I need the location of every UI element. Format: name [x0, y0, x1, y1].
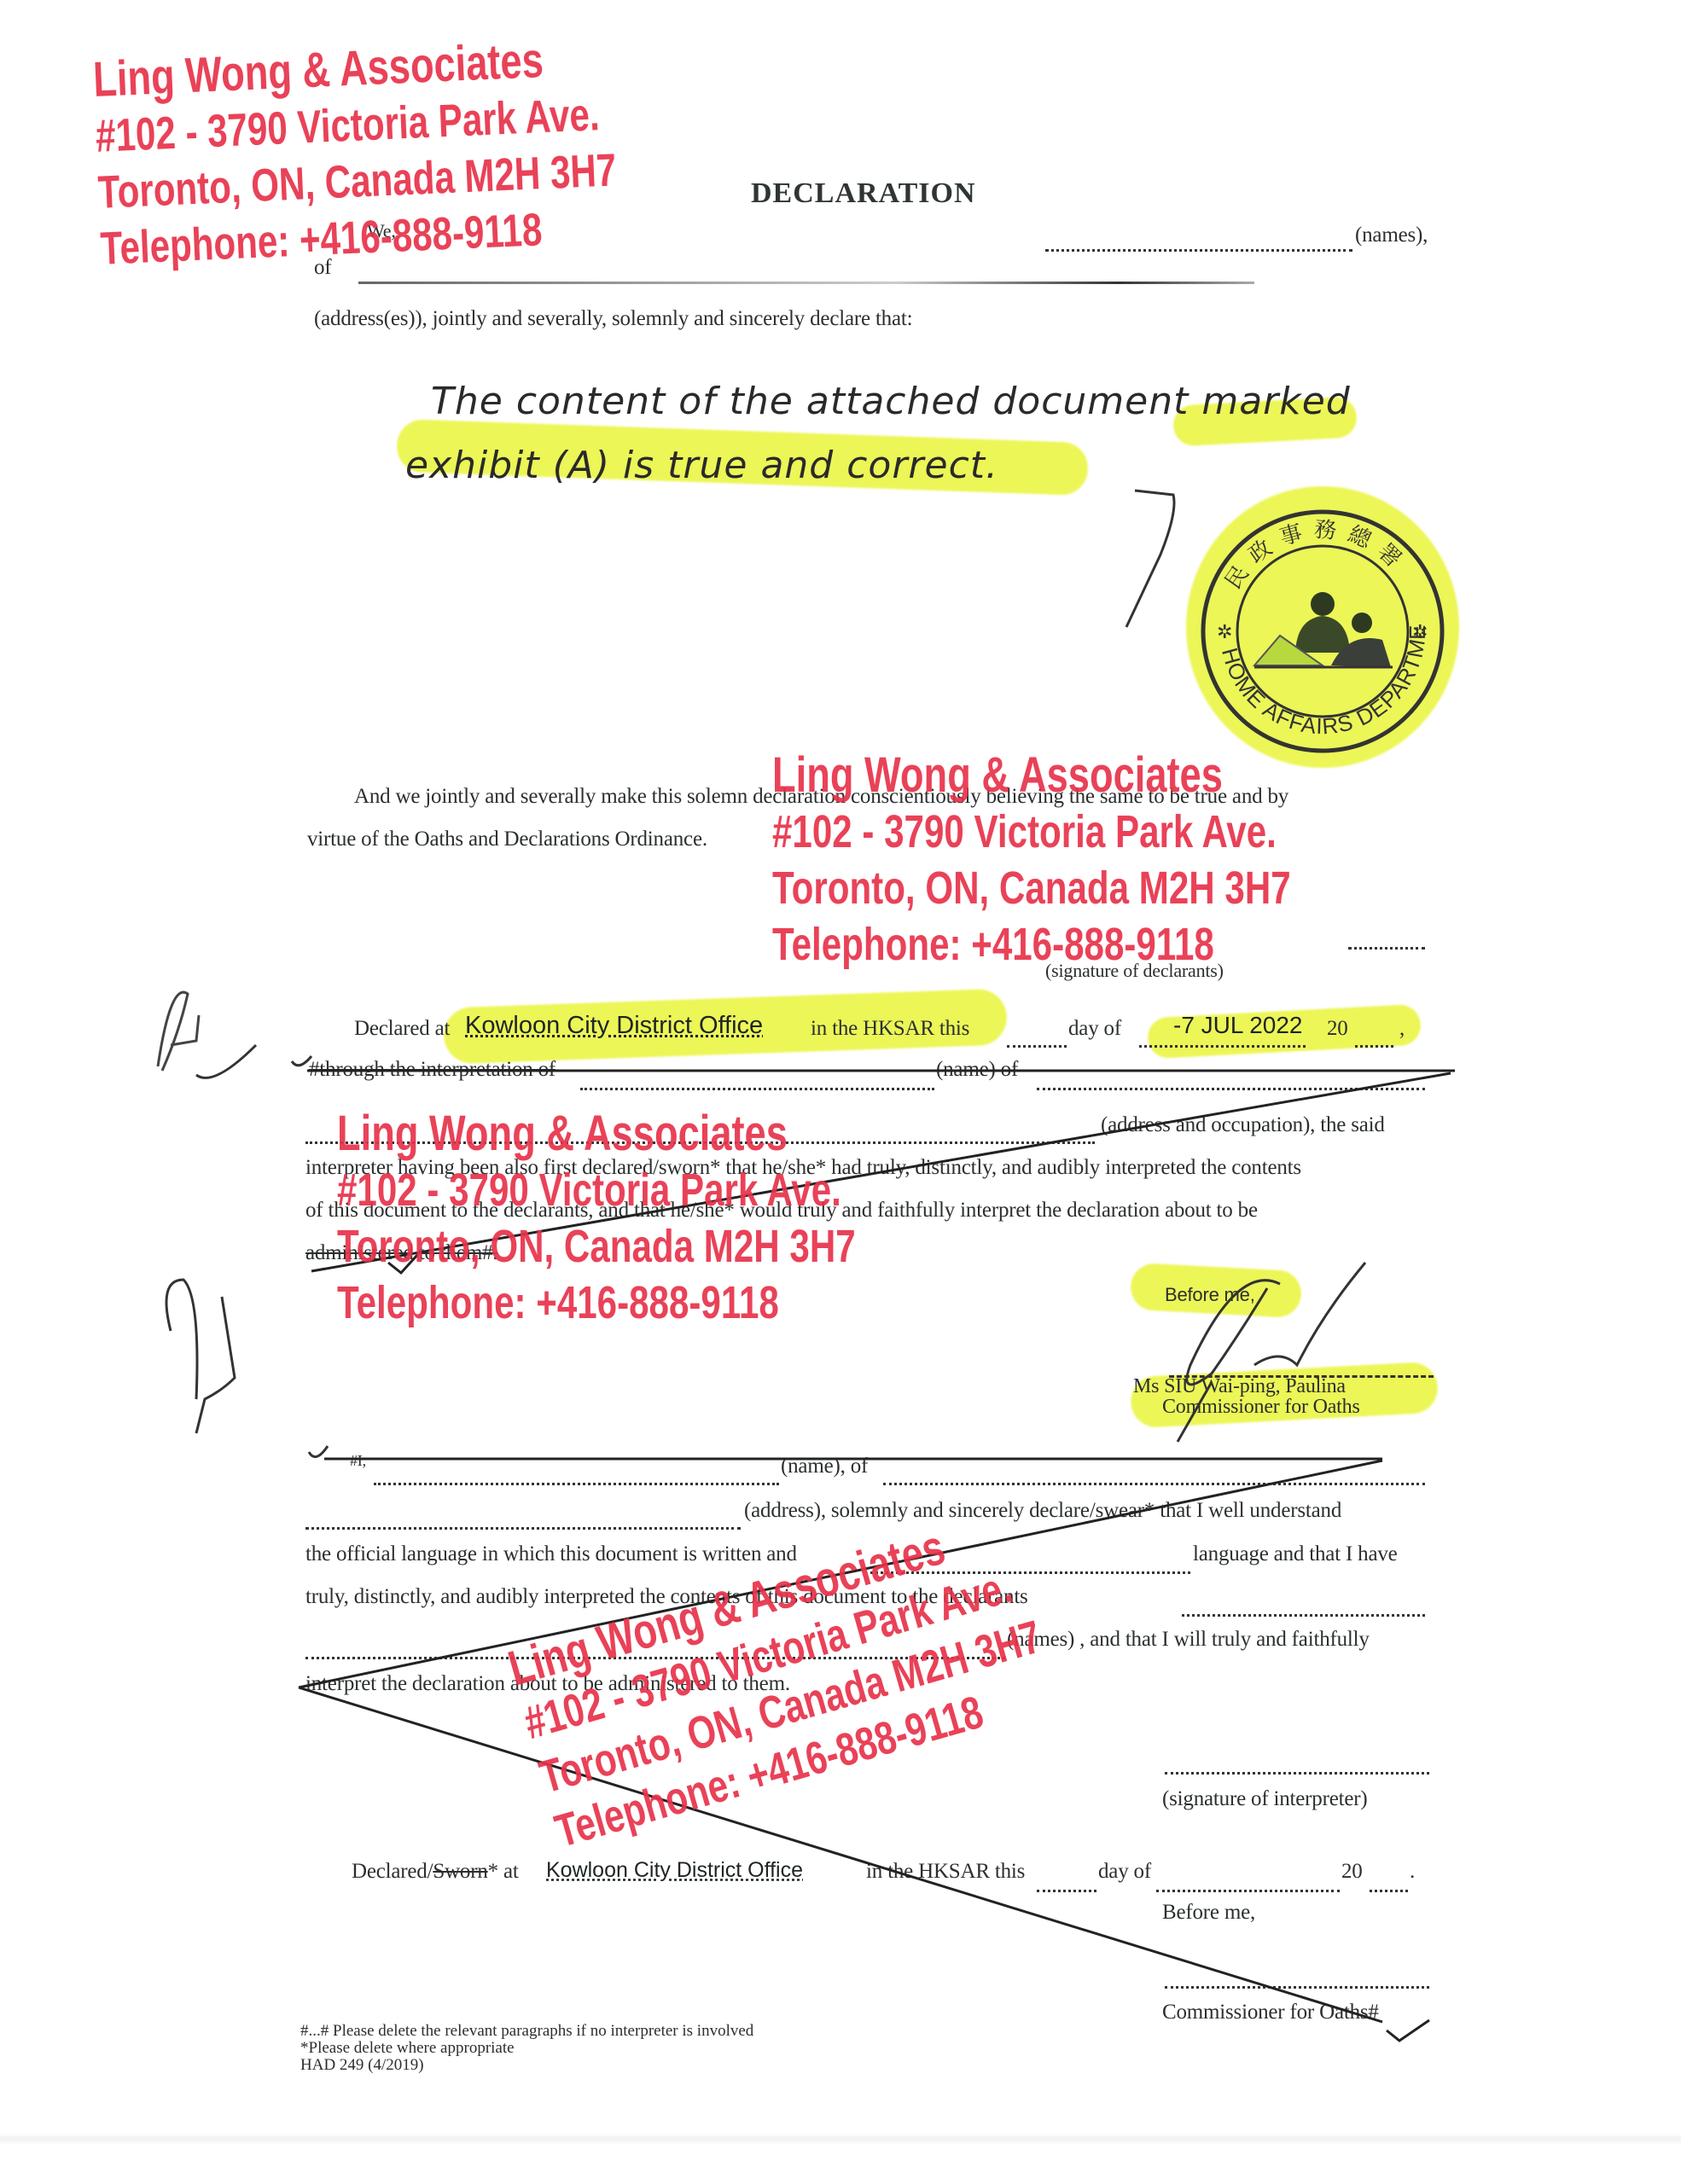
- interpreter-line-3a: the official language in which this docu…: [305, 1542, 797, 1566]
- interpreter-signature-label: (signature of interpreter): [1162, 1787, 1368, 1811]
- document-title: DECLARATION: [751, 177, 976, 210]
- interpreter-of-field[interactable]: [1037, 1079, 1425, 1095]
- footnote-2: *Please delete where appropriate: [300, 2039, 515, 2058]
- second-declared-suffix: .: [1410, 1860, 1415, 1884]
- home-affairs-seal: 民政事務總署 HOME AFFAIRS DEPARTMENT ✲ ✲: [1195, 503, 1451, 759]
- day-of-label: day of: [1068, 1017, 1121, 1041]
- stamp-name: Ling Wong & Associates: [337, 1109, 856, 1159]
- at-word: * at: [488, 1860, 519, 1883]
- initials-2-icon: [166, 1280, 235, 1433]
- company-stamp-2: Ling Wong & Associates #102 - 3790 Victo…: [772, 751, 1437, 978]
- interpreter-line-1a: #I,: [350, 1452, 366, 1470]
- second-declared-place[interactable]: Kowloon City District Office: [546, 1858, 803, 1883]
- checkmark-3-icon: [309, 1446, 328, 1457]
- footnote-form-code: HAD 249 (4/2019): [300, 2056, 424, 2075]
- interpreter-i-of-field[interactable]: [883, 1474, 1425, 1490]
- second-commissioner-signature-field[interactable]: [1165, 1978, 1429, 1993]
- checkmark-5-icon: [1387, 2020, 1429, 2041]
- footnote-1: #...# Please delete the relevant paragra…: [300, 2022, 753, 2041]
- interpreter-i-name-field[interactable]: [374, 1474, 779, 1490]
- svg-text:✲: ✲: [1412, 621, 1428, 642]
- before-me-label: Before me,: [1165, 1284, 1255, 1306]
- interpreter-signature-field[interactable]: [1165, 1763, 1429, 1779]
- handwritten-statement-line-2: exhibit (A) is true and correct.: [405, 444, 998, 487]
- commissioner-title: Commissioner for Oaths: [1162, 1396, 1360, 1419]
- year-field[interactable]: [1355, 1037, 1393, 1052]
- bracket-stroke: [1126, 491, 1174, 627]
- address-field[interactable]: [358, 282, 1254, 284]
- names-field[interactable]: [1045, 241, 1352, 256]
- checkmark-1-icon: [196, 1045, 256, 1077]
- address-label: (address(es)), jointly and severally, so…: [314, 307, 912, 331]
- names-label: (names),: [1355, 224, 1428, 247]
- second-day-field[interactable]: [1037, 1881, 1096, 1896]
- interpreter-name-field[interactable]: [580, 1079, 934, 1095]
- declared-at-place[interactable]: Kowloon City District Office: [465, 1012, 763, 1040]
- scan-artifact: [0, 2133, 1681, 2145]
- company-stamp-3: Ling Wong & Associates #102 - 3790 Victo…: [337, 1109, 1002, 1336]
- interpretation-line-1a: #through the interpretation of: [309, 1058, 555, 1082]
- declared-at-suffix: ,: [1399, 1017, 1405, 1041]
- stamp-city: Toronto, ON, Canada M2H 3H7: [337, 1223, 856, 1269]
- initials-1-icon: [158, 992, 199, 1071]
- second-before-me: Before me,: [1162, 1901, 1255, 1925]
- commissioner-name: Ms SIU Wai-ping, Paulina: [1133, 1375, 1346, 1398]
- oath-clause-line-2: virtue of the Oaths and Declarations Ord…: [307, 828, 707, 851]
- declared-at-mid: in the HKSAR this: [811, 1017, 969, 1041]
- stamp-name: Ling Wong & Associates: [772, 751, 1291, 800]
- second-declared-prefix: Declared/Sworn* at: [352, 1860, 519, 1884]
- stamp-address: #102 - 3790 Victoria Park Ave.: [772, 809, 1291, 855]
- date-stamp-value[interactable]: -7 JUL 2022: [1173, 1012, 1303, 1039]
- stamp-telephone: Telephone: +416-888-9118: [337, 1280, 856, 1326]
- stamp-city: Toronto, ON, Canada M2H 3H7: [772, 865, 1291, 911]
- interpretation-line-2: (address and occupation), the said: [1101, 1113, 1385, 1137]
- company-stamp-1: Ling Wong & Associates #102 - 3790 Victo…: [92, 26, 766, 282]
- stamp-telephone: Telephone: +416-888-9118: [772, 921, 1291, 967]
- svg-text:✲: ✲: [1217, 621, 1232, 642]
- year-prefix: 20: [1327, 1017, 1348, 1041]
- handwritten-statement-line-1: The content of the attached document mar…: [431, 380, 1351, 423]
- second-year-field[interactable]: [1370, 1881, 1408, 1896]
- day-field[interactable]: [1007, 1037, 1067, 1052]
- declared-at-prefix: Declared at: [354, 1017, 450, 1041]
- second-declared-mid: in the HKSAR this: [866, 1860, 1025, 1884]
- interpreter-line-1b: (name), of: [781, 1455, 868, 1478]
- stamp-address: #102 - 3790 Victoria Park Ave.: [337, 1167, 856, 1213]
- declared-word: Declared/: [352, 1860, 433, 1883]
- interpreter-i-address-field[interactable]: [305, 1519, 741, 1534]
- second-year-prefix: 20: [1341, 1860, 1363, 1884]
- sworn-struck: Sworn: [433, 1860, 487, 1883]
- declarants-names-field-a[interactable]: [1182, 1606, 1425, 1621]
- interpreter-line-3b: language and that I have: [1193, 1542, 1398, 1566]
- second-commissioner-label: Commissioner for Oaths#: [1162, 2001, 1379, 2024]
- interpretation-line-1b: (name) of: [936, 1058, 1018, 1082]
- second-day-of-label: day of: [1098, 1860, 1151, 1884]
- second-month-field[interactable]: [1156, 1881, 1340, 1896]
